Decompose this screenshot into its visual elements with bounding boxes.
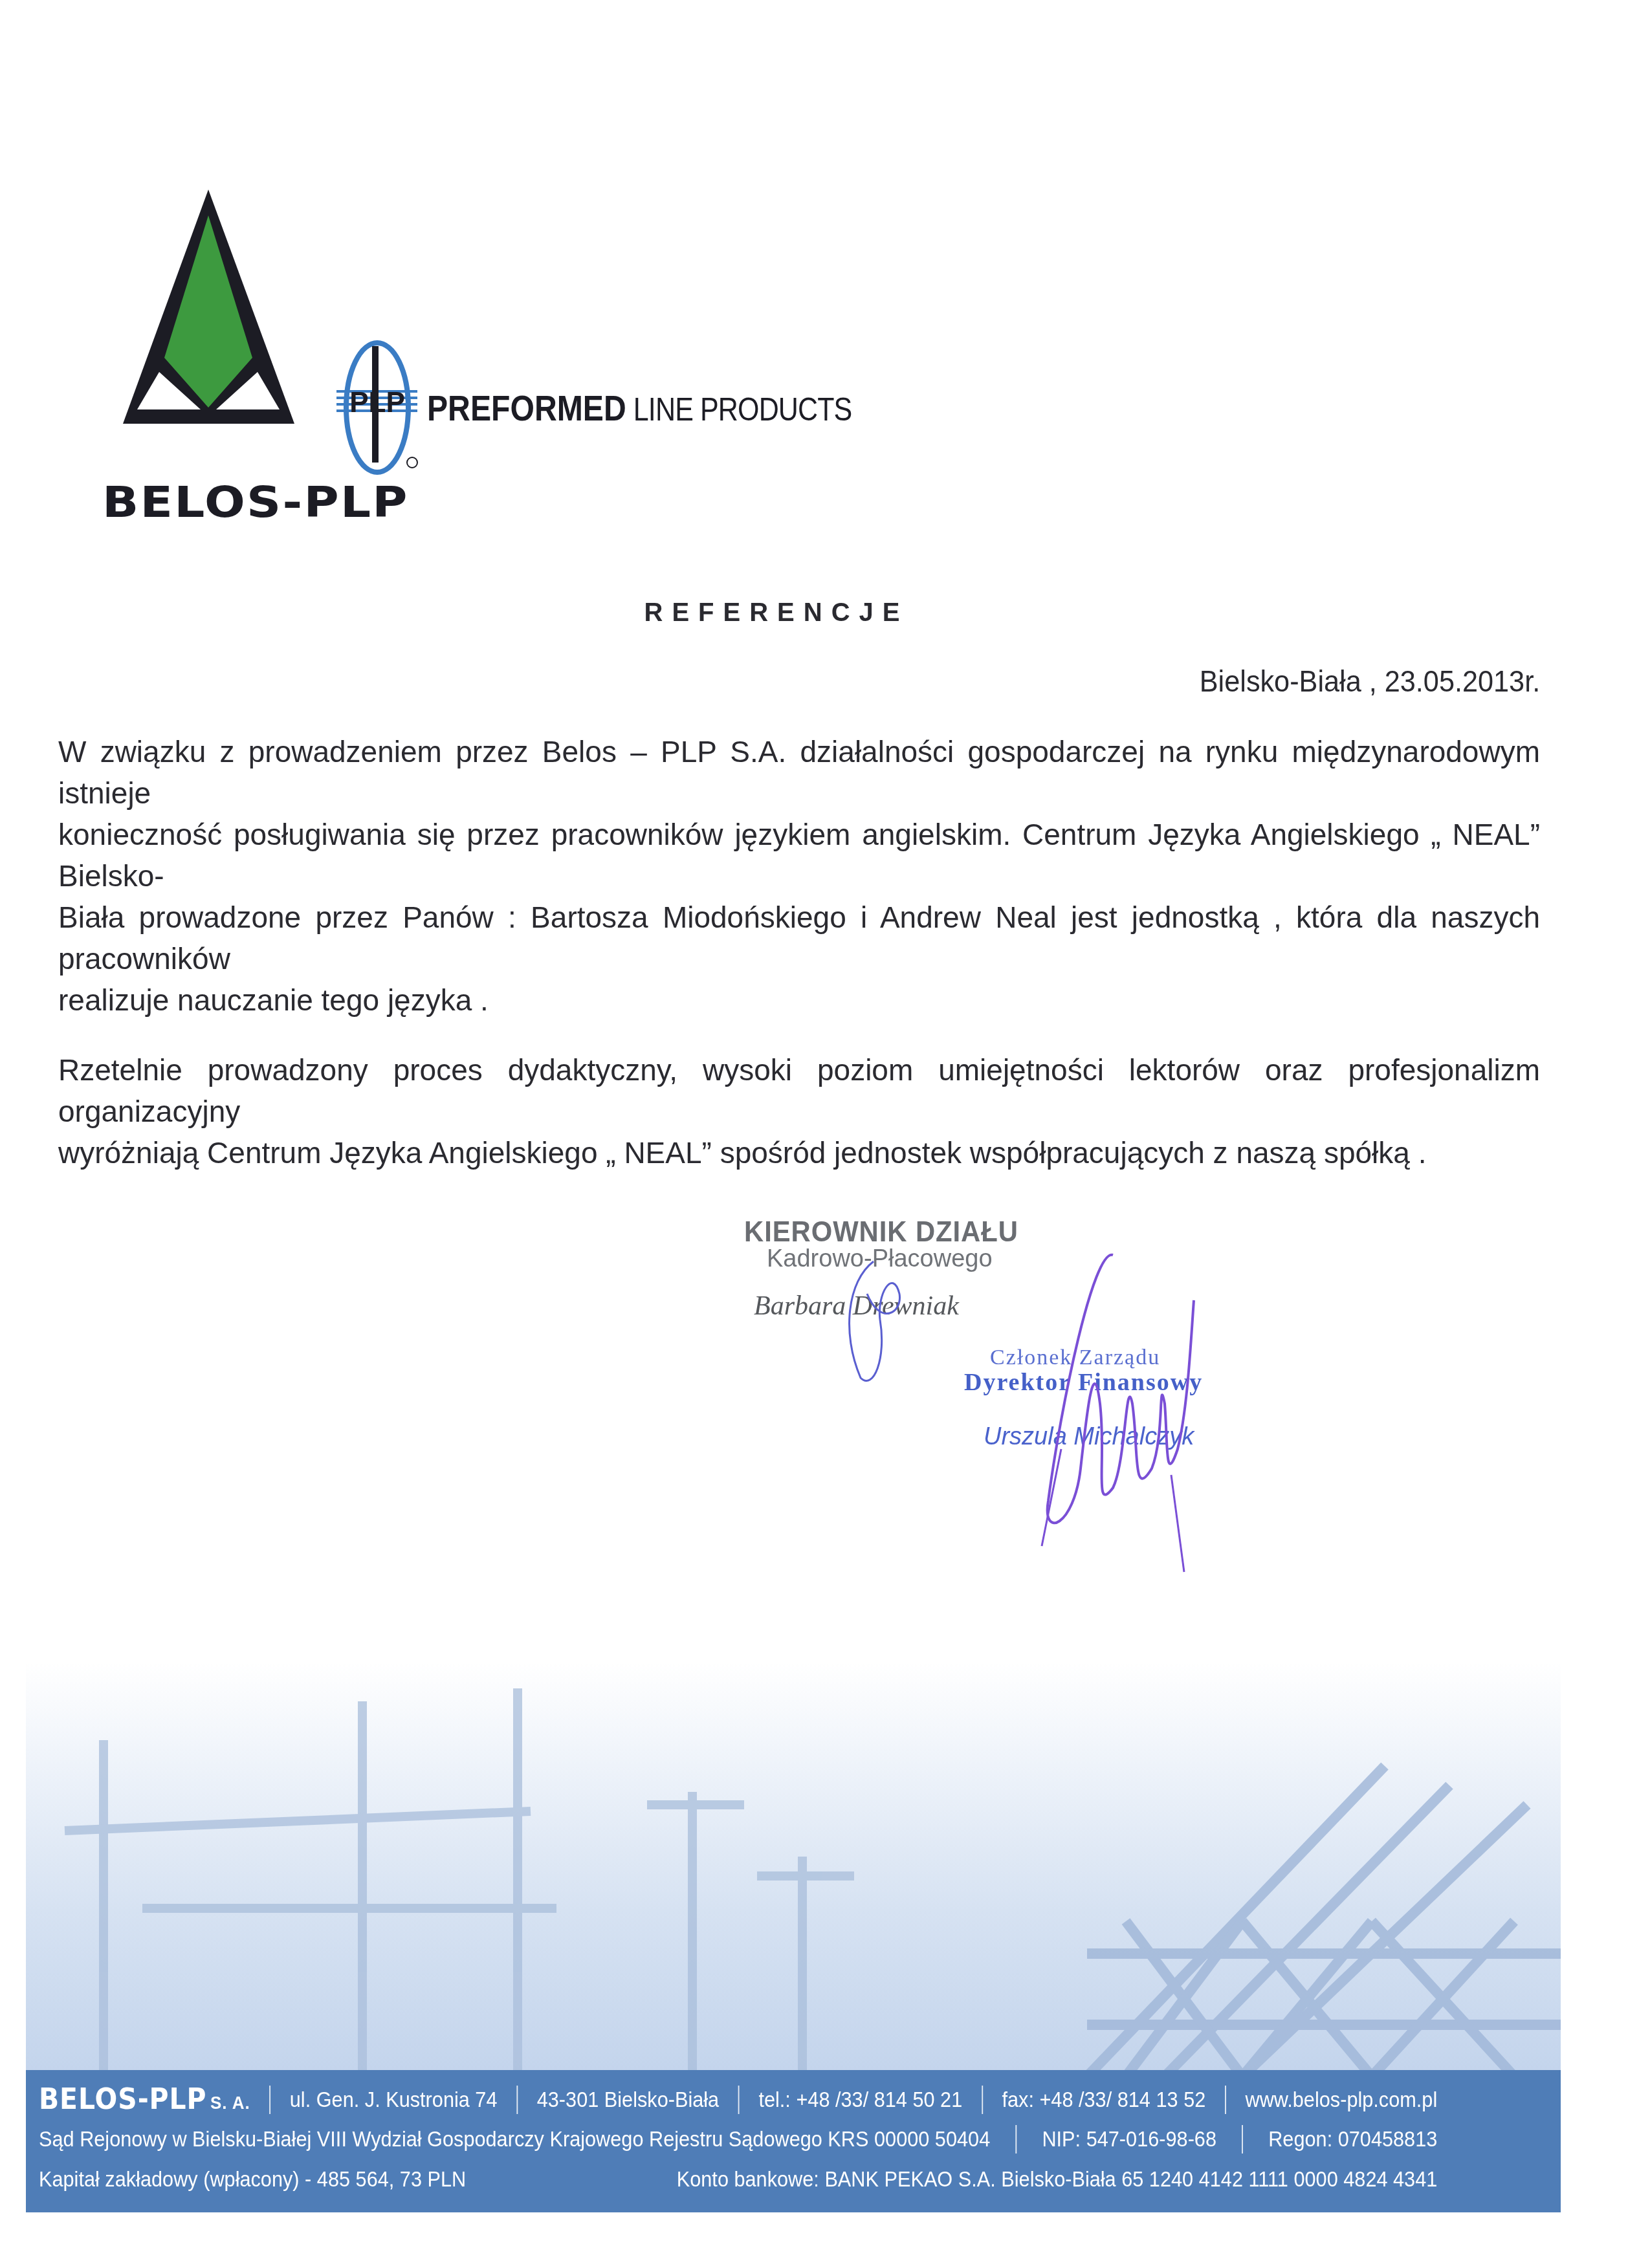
document-date: Bielsko-Biała , 23.05.2013r. (1200, 663, 1540, 699)
footer-contact-band: BELOS-PLPS. A. ul. Gen. J. Kustronia 74 … (26, 2070, 1561, 2212)
divider (1225, 2086, 1226, 2114)
divider (1015, 2125, 1017, 2154)
footer-phone: tel.: +48 /33/ 814 50 21 (758, 2088, 962, 2112)
body-line: Rzetelnie prowadzony proces dydaktyczny,… (58, 1049, 1540, 1132)
plp-emblem-icon: PLP (333, 333, 421, 482)
hr-stamp-title: KIEROWNIK DZIAŁU (744, 1216, 1018, 1248)
signature-icon (835, 1255, 906, 1391)
footer-finance-line: Kapitał zakładowy (wpłacony) - 485 564, … (39, 2167, 1437, 2192)
footer-share-capital: Kapitał zakładowy (wpłacony) - 485 564, … (39, 2167, 466, 2192)
preformed-line-products-wordmark: PREFORMED LINE PRODUCTS (427, 387, 852, 429)
footer-background-photo (26, 1663, 1561, 2077)
footer-brand: BELOS-PLPS. A. (39, 2083, 250, 2116)
divider (982, 2086, 983, 2114)
footer-website-link[interactable]: www.belos-plp.com.pl (1245, 2088, 1437, 2112)
divider (738, 2086, 740, 2114)
footer-nip: NIP: 547-016-98-68 (1042, 2127, 1216, 2152)
divider (516, 2086, 518, 2114)
footer-fax: fax: +48 /33/ 814 13 52 (1002, 2088, 1205, 2112)
signature-icon (1035, 1242, 1204, 1578)
document-title: REFERENCJE (0, 598, 1553, 627)
partner-name-rest: LINE PRODUCTS (626, 391, 852, 428)
paragraph-2: Rzetelnie prowadzony proces dydaktyczny,… (58, 1049, 1540, 1173)
footer-court-registry: Sąd Rejonowy w Bielsku-Białej VIII Wydzi… (39, 2127, 990, 2152)
belos-plp-logo-icon (116, 184, 301, 437)
power-substation-illustration-icon (26, 1663, 1561, 2077)
footer-regon: Regon: 070458813 (1268, 2127, 1437, 2152)
footer-address-line: BELOS-PLPS. A. ul. Gen. J. Kustronia 74 … (39, 2083, 1437, 2116)
body-line: wyróżniają Centrum Języka Angielskiego „… (58, 1132, 1540, 1173)
body-line: konieczność posługiwania się przez praco… (58, 814, 1540, 897)
letter-body: W związku z prowadzeniem przez Belos – P… (58, 731, 1540, 1202)
paragraph-1: W związku z prowadzeniem przez Belos – P… (58, 731, 1540, 1021)
partner-name-bold: PREFORMED (427, 387, 626, 428)
divider (269, 2086, 270, 2114)
belos-plp-wordmark: BELOS-PLP (102, 477, 409, 527)
divider (1242, 2125, 1243, 2154)
footer-city: 43-301 Bielsko-Biała (537, 2088, 719, 2112)
footer-bank-account: Konto bankowe: BANK PEKAO S.A. Bielsko-B… (677, 2167, 1438, 2192)
footer-registration-line: Sąd Rejonowy w Bielsku-Białej VIII Wydzi… (39, 2125, 1437, 2154)
body-line: W związku z prowadzeniem przez Belos – P… (58, 731, 1540, 814)
footer-street: ul. Gen. J. Kustronia 74 (290, 2088, 498, 2112)
body-line: Biała prowadzone przez Panów : Bartosza … (58, 897, 1540, 979)
body-line: realizuje nauczanie tego języka . (58, 979, 1540, 1021)
